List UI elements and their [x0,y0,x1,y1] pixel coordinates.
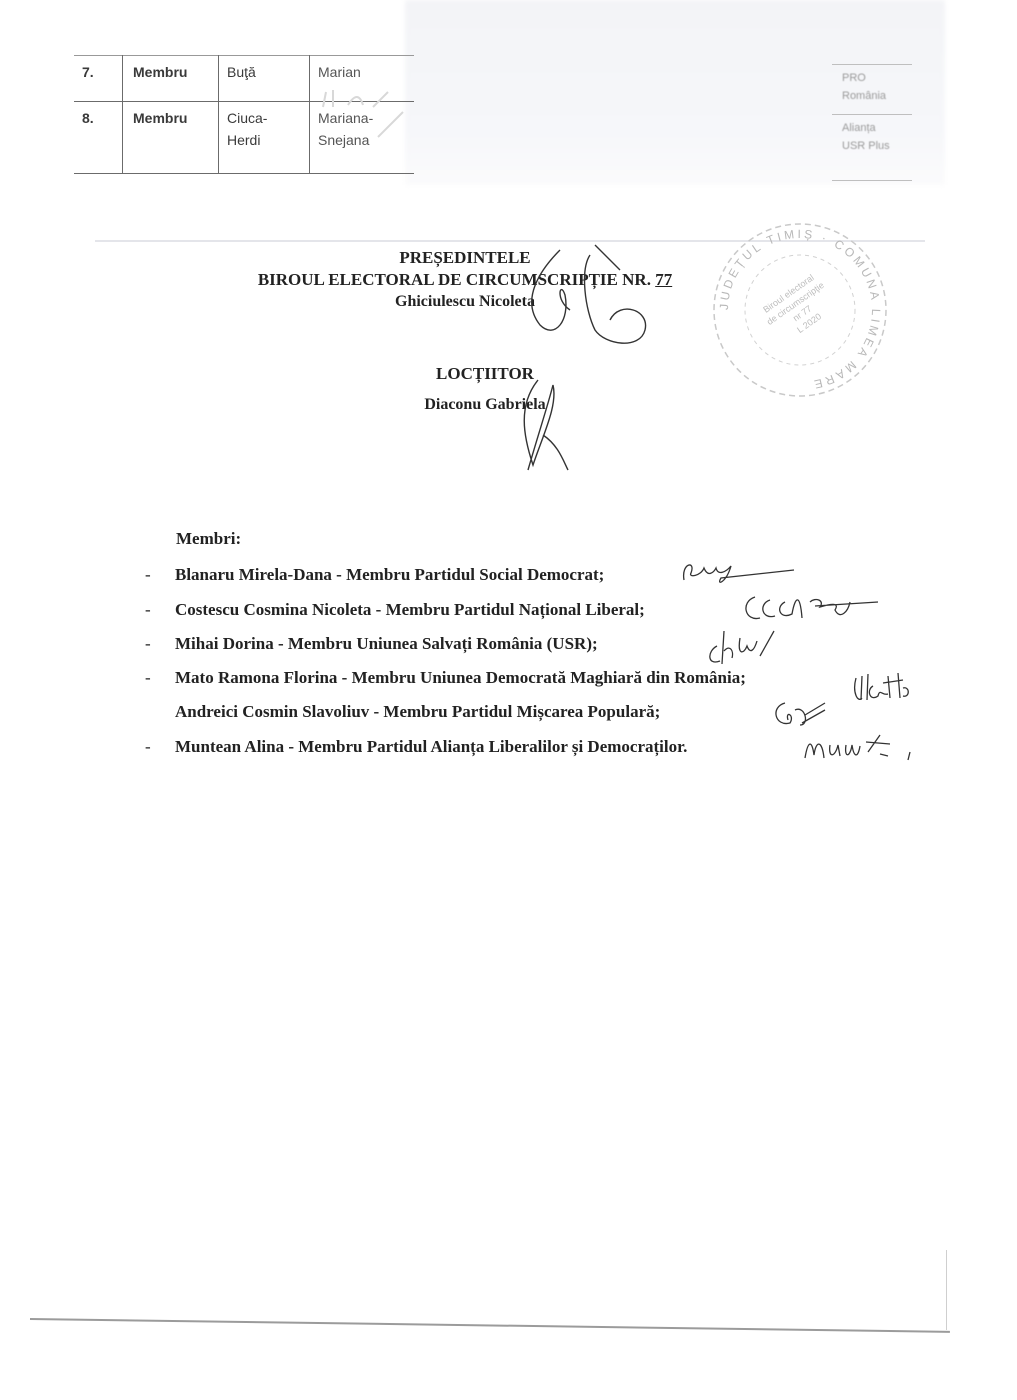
row-number: 7. [74,56,123,102]
page-bottom-rule [30,1318,950,1333]
row-last-name: Ciuca- Herdi [219,102,310,174]
member-signature [770,695,830,731]
member-text: Andreici Cosmin Slavoliuv - Membru Parti… [175,702,660,722]
list-dash: - [145,668,151,688]
list-dash: - [145,634,151,654]
side-cell: USR Plus [842,138,890,155]
member-text: Muntean Alina - Membru Partidul Alianța … [175,737,687,757]
row-number: 8. [74,102,123,174]
side-cell: Alianța [842,120,876,137]
page-edge [946,1250,947,1330]
side-table-fragment: PRO România Alianța USR Plus [832,62,932,182]
row-role: Membru [123,56,219,102]
deputy-title: LOCȚIITOR [20,364,950,384]
member-signature [848,668,918,706]
member-signature [676,558,796,588]
member-signature [740,592,880,626]
row-last-name: Buţă [219,56,310,102]
deputy-signature [508,375,588,475]
member-signature [702,626,782,668]
side-cell: România [842,88,886,105]
member-text: Mato Ramona Florina - Membru Uniunea Dem… [175,668,746,688]
list-dash: - [145,565,151,585]
president-signature [500,240,660,360]
member-text: Mihai Dorina - Membru Uniunea Salvați Ro… [175,634,598,654]
faded-signature [318,87,408,152]
list-dash: - [145,737,151,757]
deputy-name: Diaconu Gabriela [20,396,950,414]
member-signature [800,730,920,764]
members-label: Membri: [176,529,241,549]
row-role: Membru [123,102,219,174]
list-dash: - [145,600,151,620]
member-text: Blanaru Mirela-Dana - Membru Partidul So… [175,565,604,585]
member-text: Costescu Cosmina Nicoleta - Membru Parti… [175,600,645,620]
side-cell: PRO [842,70,866,87]
